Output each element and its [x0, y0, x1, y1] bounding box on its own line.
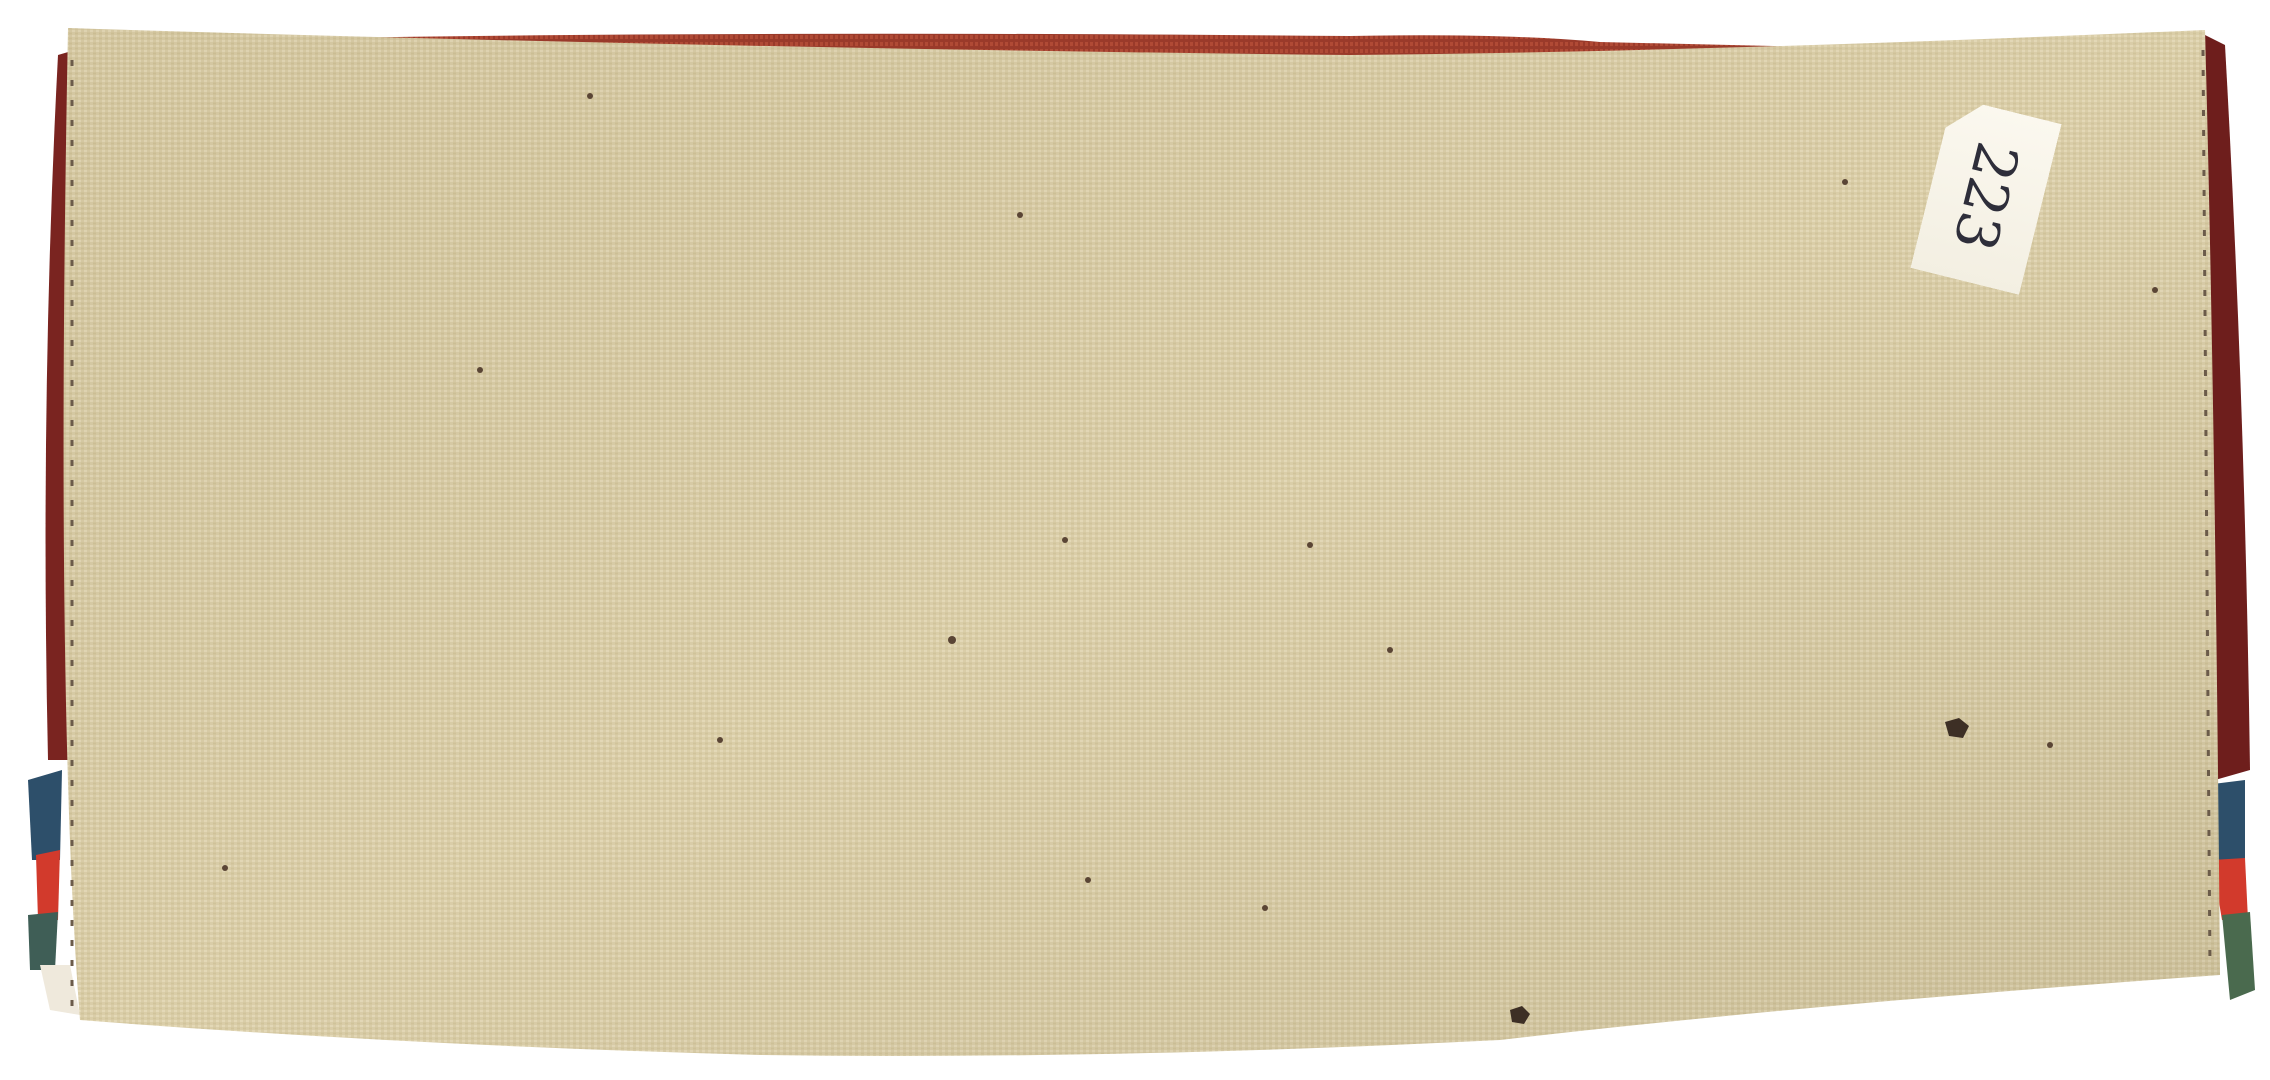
textile-photo	[0, 0, 2270, 1080]
right-tassel-green	[2222, 912, 2255, 1000]
photograph: 223	[0, 0, 2270, 1080]
lot-number: 223	[1940, 136, 2032, 257]
left-tassel-green	[28, 912, 58, 970]
left-tassel-blue	[28, 770, 62, 860]
left-tassel-red	[36, 850, 60, 920]
left-tassel-white	[40, 965, 80, 1015]
